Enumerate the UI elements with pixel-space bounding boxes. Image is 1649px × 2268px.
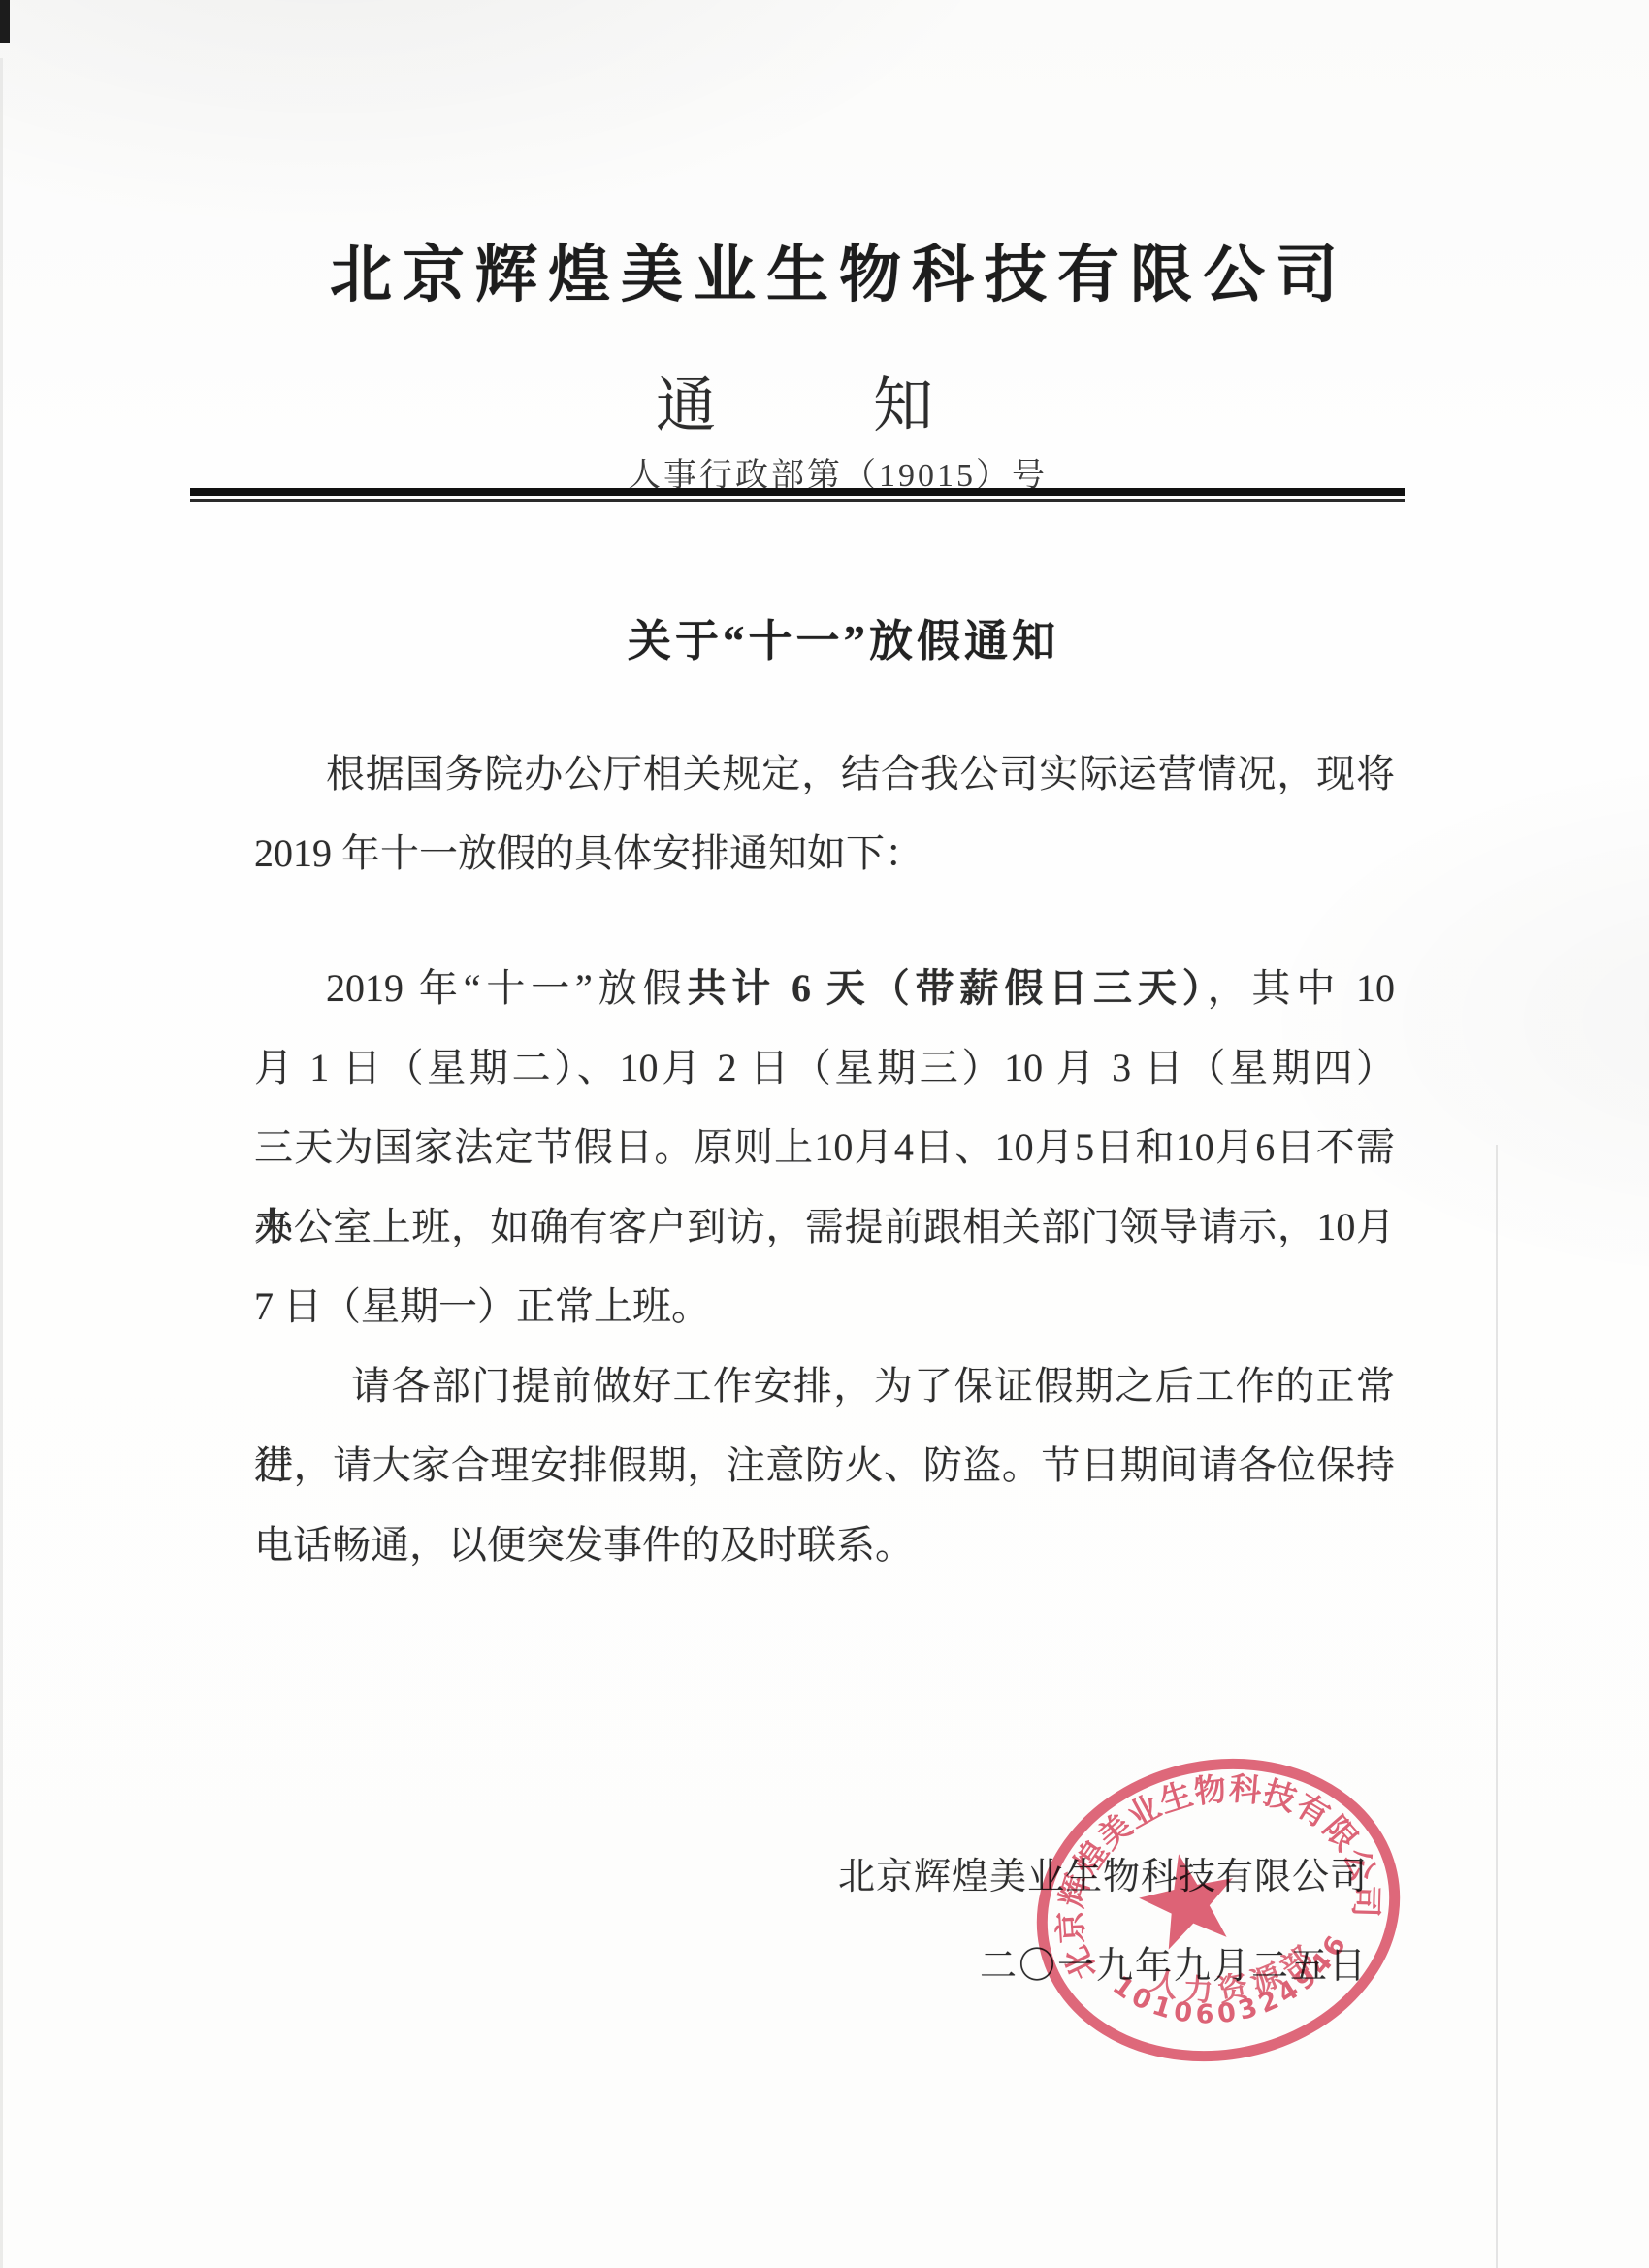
header-rule — [190, 488, 1405, 502]
scan-corner-artifact — [0, 0, 10, 43]
notice-title: 通知 — [656, 357, 933, 443]
body-line: 根据国务院办公厅相关规定，结合我公司实际运营情况，现将 — [254, 734, 1395, 814]
body-line: 行，请大家合理安排假期，注意防火、防盗。节日期间请各位保持 — [254, 1426, 1395, 1506]
body-line: 请各部门提前做好工作安排，为了保证假期之后工作的正常进 — [254, 1346, 1395, 1426]
body-line: 2019 年“十一”放假共计 6 天（带薪假日三天），其中 10 — [254, 949, 1395, 1028]
body-line: 月 1 日（星期二）、10月 2 日（星期三）10 月 3 日（星期四） — [254, 1028, 1395, 1108]
body-line-segment-bold: 共计 6 天（带薪假日三天） — [687, 966, 1207, 1010]
company-seal-stamp: 北京辉煌美业生物科技有限公司 人力资源部 101060324946 — [1024, 1752, 1412, 2072]
scan-edge-streak — [1496, 1145, 1498, 2268]
body-line: 电话畅通，以便突发事件的及时联系。 — [254, 1506, 1395, 1585]
body-line: 办公室上班，如确有客户到访，需提前跟相关部门领导请示，10月 — [254, 1187, 1395, 1267]
body-line: 2019 年十一放假的具体安排通知如下： — [254, 814, 1395, 893]
company-title: 北京辉煌美业生物科技有限公司 — [330, 225, 1348, 314]
subject-title: 关于“十一”放假通知 — [628, 605, 1059, 668]
body-line: 三天为国家法定节假日。原则上10月4日、10月5日和10月6日不需来 — [254, 1108, 1395, 1187]
body-line: 7 日（星期一）正常上班。 — [254, 1267, 1395, 1346]
scanned-notice-page: 北京辉煌美业生物科技有限公司 通知 人事行政部第（19015）号 关于“十一”放… — [0, 0, 1649, 2268]
stamp-star-icon — [1132, 1844, 1245, 1954]
header-rule-thin — [190, 499, 1405, 502]
notice-char-1: 通 — [656, 373, 716, 439]
body-line-segment: ，其中 10 — [1208, 966, 1395, 1010]
scan-left-edge-artifact — [0, 58, 3, 2268]
header-rule-thick — [190, 488, 1405, 496]
notice-body: 根据国务院办公厅相关规定，结合我公司实际运营情况，现将 2019 年十一放假的具… — [254, 734, 1395, 1585]
body-line-segment: 2019 年“十一”放假 — [326, 966, 687, 1010]
notice-char-2: 知 — [873, 373, 933, 439]
